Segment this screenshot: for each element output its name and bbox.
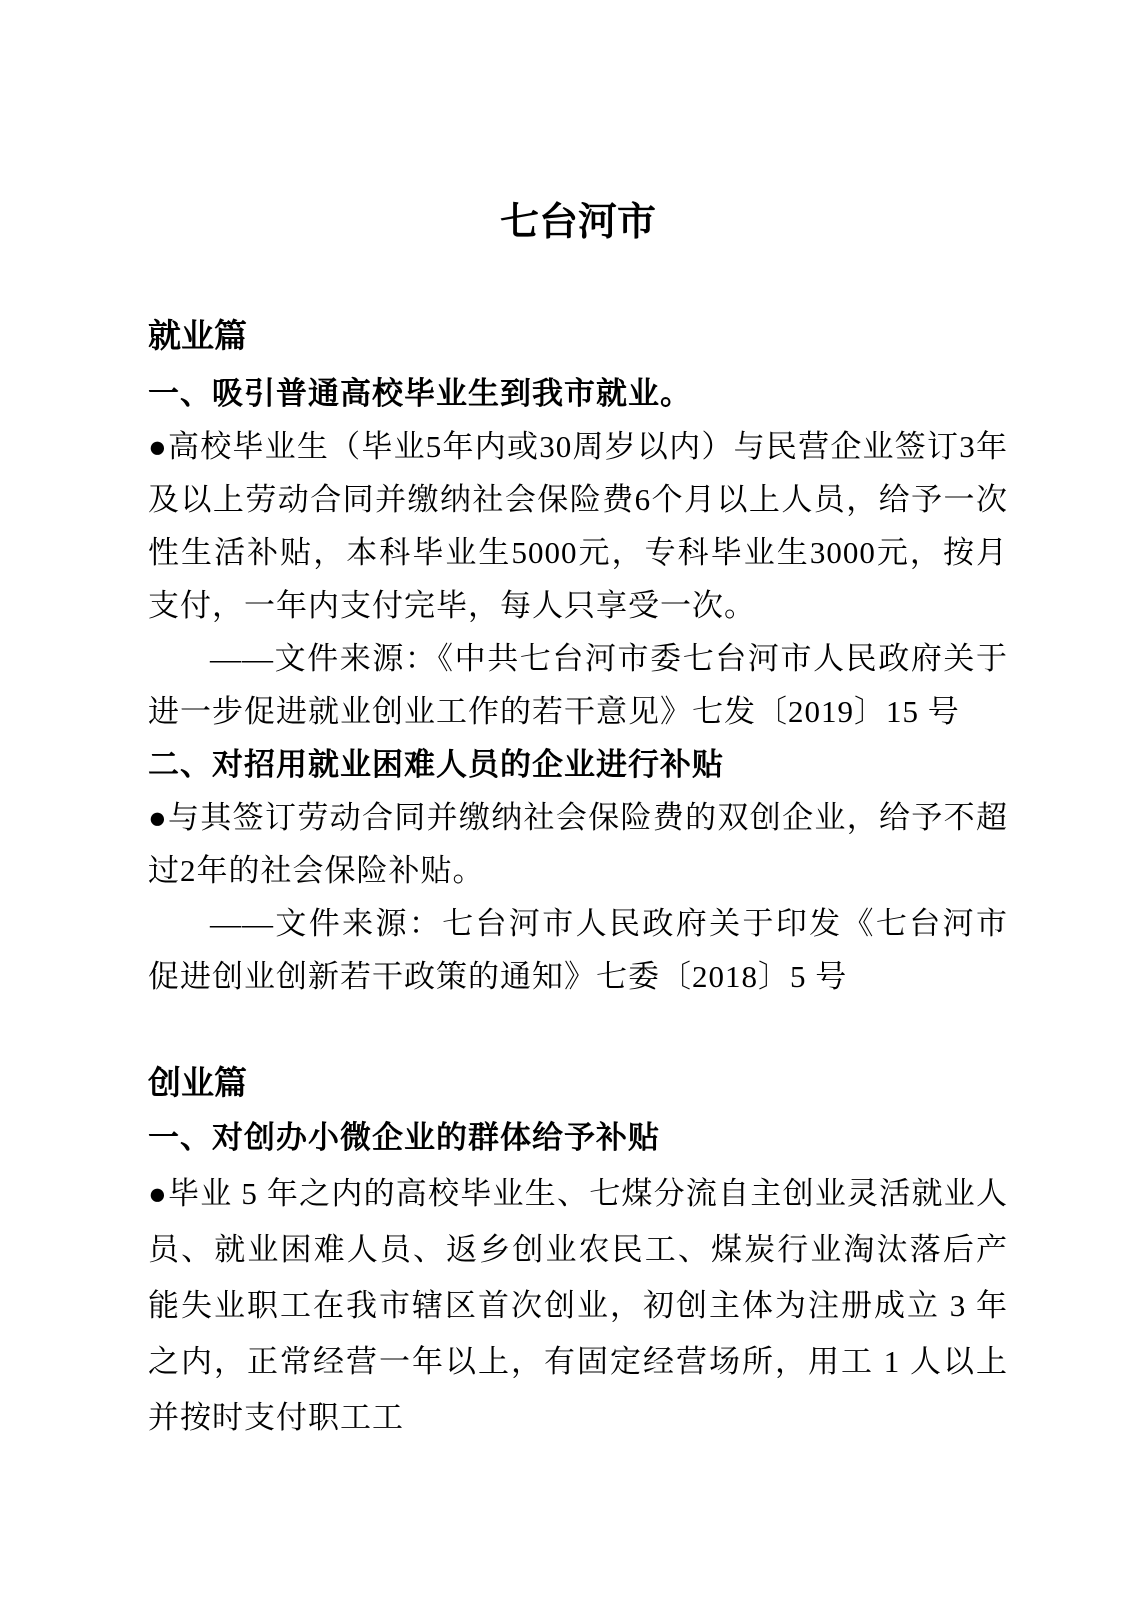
policy-2-source-reference: ——文件来源：七台河市人民政府关于印发《七台河市促进创业创新若干政策的通知》七委…	[148, 897, 1008, 1003]
document-content: 七台河市 就业篇 一、吸引普通高校毕业生到我市就业。 ●高校毕业生（毕业5年内或…	[0, 0, 1131, 1446]
section-employment: 就业篇 一、吸引普通高校毕业生到我市就业。 ●高校毕业生（毕业5年内或30周岁以…	[148, 313, 1008, 1003]
policy-1-detail: ●高校毕业生（毕业5年内或30周岁以内）与民营企业签订3年及以上劳动合同并缴纳社…	[148, 420, 1008, 632]
section-heading-employment: 就业篇	[148, 313, 1008, 359]
policy-1-source-reference: ——文件来源：《中共七台河市委七台河市人民政府关于进一步促进就业创业工作的若干意…	[148, 632, 1008, 738]
policy-2-title: 二、对招用就业困难人员的企业进行补贴	[148, 738, 1008, 791]
section-entrepreneurship: 创业篇 一、对创办小微企业的群体给予补贴 ●毕业 5 年之内的高校毕业生、七煤分…	[148, 1060, 1008, 1446]
policy-3-title: 一、对创办小微企业的群体给予补贴	[148, 1110, 1008, 1166]
policy-list: 一、对创办小微企业的群体给予补贴 ●毕业 5 年之内的高校毕业生、七煤分流自主创…	[148, 1110, 1008, 1446]
policy-list: 一、吸引普通高校毕业生到我市就业。 ●高校毕业生（毕业5年内或30周岁以内）与民…	[148, 367, 1008, 1003]
section-heading-entrepreneurship: 创业篇	[148, 1060, 1008, 1106]
policy-2-detail: ●与其签订劳动合同并缴纳社会保险费的双创企业，给予不超过2年的社会保险补贴。	[148, 791, 1008, 897]
policy-1-title: 一、吸引普通高校毕业生到我市就业。	[148, 367, 1008, 420]
document-title: 七台河市	[148, 199, 1008, 247]
document-page: 七台河市 就业篇 一、吸引普通高校毕业生到我市就业。 ●高校毕业生（毕业5年内或…	[0, 0, 1131, 1600]
policy-3-detail: ●毕业 5 年之内的高校毕业生、七煤分流自主创业灵活就业人员、就业困难人员、返乡…	[148, 1166, 1008, 1446]
